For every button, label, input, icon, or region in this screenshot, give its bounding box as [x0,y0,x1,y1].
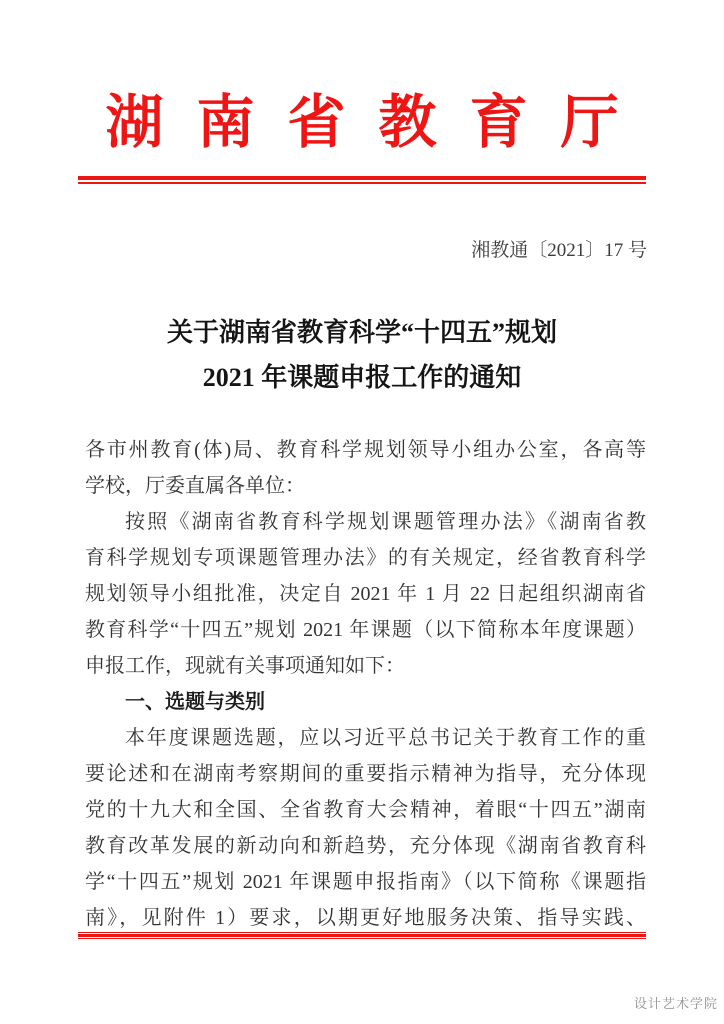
body-line: 学校，厅委直属各单位： [85,468,646,504]
body-line: 要论述和在湖南考察期间的重要指示精神为指导，充分体现 [85,756,646,792]
body-line: 育科学规划专项课题管理办法》的有关规定，经省教育科学 [85,540,646,576]
body-line: 党的十九大和全国、全省教育大会精神，着眼“十四五”湖南 [85,792,646,828]
document-title-line2: 2021 年课题申报工作的通知 [0,355,724,400]
body-line: 各市州教育(体)局、教育科学规划领导小组办公室，各高等 [85,432,646,468]
body-line: 学“十四五”规划 2021 年课题申报指南》（以下简称《课题指 [85,864,646,900]
letterhead-double-rule [78,176,646,184]
body-line: 规划领导小组批准，决定自 2021 年 1 月 22 日起组织湖南省 [85,576,646,612]
body-line: 教育改革发展的新动向和新趋势，充分体现《湖南省教育科 [85,828,646,864]
document-page: 湖南省教育厅 湘教通〔2021〕17 号 关于湖南省教育科学“十四五”规划 20… [0,0,724,1024]
body-line: 南》，见附件 1）要求，以期更好地服务决策、指导实践、 [85,900,646,936]
page-bottom-rule [78,932,646,939]
agency-letterhead: 湖南省教育厅 [0,88,724,158]
document-title: 关于湖南省教育科学“十四五”规划 2021 年课题申报工作的通知 [0,310,724,400]
document-number: 湘教通〔2021〕17 号 [0,238,724,264]
corner-watermark: 设计艺术学院 [634,993,718,1012]
document-body: 各市州教育(体)局、教育科学规划领导小组办公室，各高等学校，厅委直属各单位：按照… [0,432,724,936]
body-line: 本年度课题选题，应以习近平总书记关于教育工作的重 [85,720,646,756]
body-line: 按照《湖南省教育科学规划课题管理办法》《湖南省教 [85,504,646,540]
body-line: 教育科学“十四五”规划 2021 年课题（以下简称本年度课题） [85,612,646,648]
document-title-line1: 关于湖南省教育科学“十四五”规划 [0,310,724,355]
section-heading: 一、选题与类别 [85,684,646,720]
body-line: 申报工作，现就有关事项通知如下： [85,648,646,684]
